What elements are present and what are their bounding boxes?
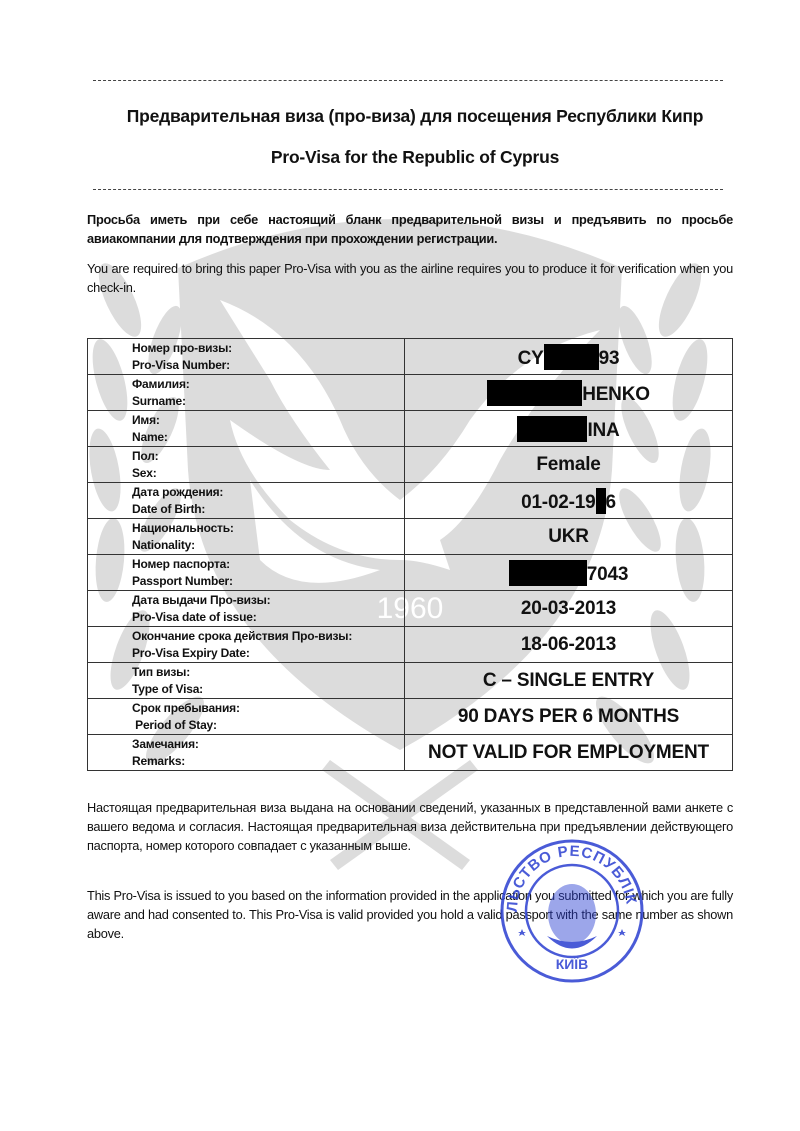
field-label-english: Passport Number: (132, 573, 404, 590)
field-label: Пол:Sex: (88, 447, 405, 483)
field-value-text: C – SINGLE ENTRY (483, 670, 654, 691)
field-label-english: Nationality: (132, 537, 404, 554)
table-row: Тип визы:Type of Visa:C – SINGLE ENTRY (88, 663, 733, 699)
field-value: CY93 (405, 339, 733, 375)
field-value: 20-03-2013 (405, 591, 733, 627)
field-label-russian: Срок пребывания: (132, 700, 404, 717)
table-row: Имя:Name:INA (88, 411, 733, 447)
table-row: Фамилия:Surname:HENKO (88, 375, 733, 411)
field-label-english: Pro-Visa date of issue: (132, 609, 404, 626)
field-label-russian: Пол: (132, 448, 404, 465)
field-value-suffix: INA (587, 420, 619, 441)
title-russian: Предварительная виза (про-виза) для посе… (0, 106, 800, 127)
visa-details-table: Номер про-визы:Pro-Visa Number:CY93Фамил… (87, 338, 733, 771)
field-value: 18-06-2013 (405, 627, 733, 663)
field-value: 90 DAYS PER 6 MONTHS (405, 699, 733, 735)
field-label: Тип визы:Type of Visa: (88, 663, 405, 699)
field-label: Имя:Name: (88, 411, 405, 447)
field-label-english: Remarks: (132, 753, 404, 770)
title-english: Pro-Visa for the Republic of Cyprus (0, 147, 800, 168)
field-label-russian: Окончание срока действия Про-визы: (132, 628, 404, 645)
field-label-russian: Номер паспорта: (132, 556, 404, 573)
field-label-english: Name: (132, 429, 404, 446)
notice-english: You are required to bring this paper Pro… (87, 259, 733, 297)
redaction-block (517, 416, 587, 442)
field-label: Фамилия:Surname: (88, 375, 405, 411)
table-row: Окончание срока действия Про-визы:Pro-Vi… (88, 627, 733, 663)
redaction-block (509, 560, 587, 586)
field-label-russian: Имя: (132, 412, 404, 429)
field-value-text: 01-02-19 (521, 492, 595, 513)
field-value-text: 20-03-2013 (521, 598, 616, 619)
redaction-block (544, 344, 599, 370)
table-row: Номер паспорта:Passport Number:7043 (88, 555, 733, 591)
field-label-russian: Дата рождения: (132, 484, 404, 501)
field-label-english: Type of Visa: (132, 681, 404, 698)
field-value-text: NOT VALID FOR EMPLOYMENT (428, 742, 709, 763)
field-value-suffix: HENKO (582, 384, 650, 405)
field-label-english: Sex: (132, 465, 404, 482)
field-label: Дата рождения:Date of Birth: (88, 483, 405, 519)
bottom-dashed-rule (93, 189, 723, 190)
field-label-russian: Замечания: (132, 736, 404, 753)
field-value-text: CY (518, 348, 544, 369)
field-label-russian: Номер про-визы: (132, 340, 404, 357)
field-value: NOT VALID FOR EMPLOYMENT (405, 735, 733, 771)
field-label: Номер про-визы:Pro-Visa Number: (88, 339, 405, 375)
table-row: Дата рождения:Date of Birth:01-02-196 (88, 483, 733, 519)
field-label: Замечания:Remarks: (88, 735, 405, 771)
field-value-suffix: 6 (606, 492, 616, 513)
field-value: 7043 (405, 555, 733, 591)
table-row: Дата выдачи Про-визы:Pro-Visa date of is… (88, 591, 733, 627)
field-value: INA (405, 411, 733, 447)
field-value-text: UKR (548, 526, 589, 547)
top-dashed-rule (93, 80, 723, 81)
field-label-russian: Тип визы: (132, 664, 404, 681)
field-value-suffix: 93 (599, 348, 620, 369)
field-value-suffix: 7043 (587, 564, 628, 585)
field-label: Дата выдачи Про-визы:Pro-Visa date of is… (88, 591, 405, 627)
field-label-russian: Дата выдачи Про-визы: (132, 592, 404, 609)
redaction-block (596, 488, 606, 514)
field-label-english: Date of Birth: (132, 501, 404, 518)
field-label: Номер паспорта:Passport Number: (88, 555, 405, 591)
field-label-russian: Национальность: (132, 520, 404, 537)
field-value: UKR (405, 519, 733, 555)
table-row: Срок пребывания: Period of Stay:90 DAYS … (88, 699, 733, 735)
field-value: HENKO (405, 375, 733, 411)
field-value: C – SINGLE ENTRY (405, 663, 733, 699)
redaction-block (487, 380, 582, 406)
field-label-english: Pro-Visa Number: (132, 357, 404, 374)
svg-text:КИЇВ: КИЇВ (556, 956, 589, 972)
field-value: 01-02-196 (405, 483, 733, 519)
field-label-english: Surname: (132, 393, 404, 410)
notice-russian: Просьба иметь при себе настоящий бланк п… (87, 210, 733, 248)
table-row: Замечания:Remarks:NOT VALID FOR EMPLOYME… (88, 735, 733, 771)
field-label: Окончание срока действия Про-визы:Pro-Vi… (88, 627, 405, 663)
field-label: Национальность:Nationality: (88, 519, 405, 555)
field-label: Срок пребывания: Period of Stay: (88, 699, 405, 735)
table-row: Пол:Sex:Female (88, 447, 733, 483)
embassy-stamp-icon: ПОСОЛЬСТВО РЕСПУБЛІКИ КІПР КИЇВ (497, 836, 647, 986)
field-label-english: Period of Stay: (132, 717, 404, 734)
table-row: Номер про-визы:Pro-Visa Number:CY93 (88, 339, 733, 375)
field-value: Female (405, 447, 733, 483)
field-value-text: Female (536, 454, 600, 475)
field-value-text: 18-06-2013 (521, 634, 616, 655)
pro-visa-document: Предварительная виза (про-виза) для посе… (0, 0, 800, 1131)
field-label-russian: Фамилия: (132, 376, 404, 393)
field-value-text: 90 DAYS PER 6 MONTHS (458, 706, 679, 727)
field-label-english: Pro-Visa Expiry Date: (132, 645, 404, 662)
table-row: Национальность:Nationality:UKR (88, 519, 733, 555)
